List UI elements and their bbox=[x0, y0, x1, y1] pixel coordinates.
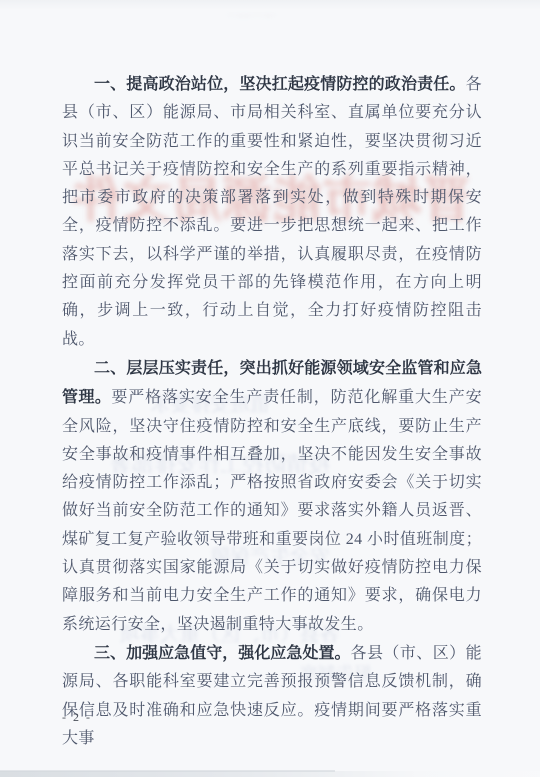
paragraph-2: 二、层层压实责任，突出抓好能源领域安全监管和应急管理。要严格落实安全生产责任制，… bbox=[62, 354, 482, 639]
scan-bottom-edge-line bbox=[0, 770, 335, 772]
paragraph-1-heading: 一、提高政治站位，坚决扛起疫情防控的政治责任。 bbox=[94, 74, 466, 93]
paragraph-1-text: 各县（市、区）能源局、市局相关科室、直属单位要充分认识当前安全防范工作的重要性和… bbox=[62, 76, 482, 348]
paragraph-3: 三、加强应急值守，强化应急处置。各县（市、区）能源局、各职能科室要建立完善预报预… bbox=[62, 639, 482, 753]
scanned-document-page: ··––···–· 晋城市能源局文件 值班安排要求 疫情防控工作安排部署 安全生… bbox=[0, 0, 540, 777]
scan-smudge-artifact: ··––···–· bbox=[228, 10, 308, 19]
document-body: 一、提高政治站位，坚决扛起疫情防控的政治责任。各县（市、区）能源局、市局相关科室… bbox=[62, 70, 482, 753]
page-number: - 2 - bbox=[62, 710, 92, 725]
paragraph-2-text: 要严格落实安全生产责任制，防范化解重大生产安全风险，坚决守住疫情防控和安全生产底… bbox=[62, 389, 482, 632]
paragraph-3-heading: 三、加强应急值守，强化应急处置。 bbox=[94, 643, 351, 662]
paragraph-1: 一、提高政治站位，坚决扛起疫情防控的政治责任。各县（市、区）能源局、市局相关科室… bbox=[62, 70, 482, 354]
